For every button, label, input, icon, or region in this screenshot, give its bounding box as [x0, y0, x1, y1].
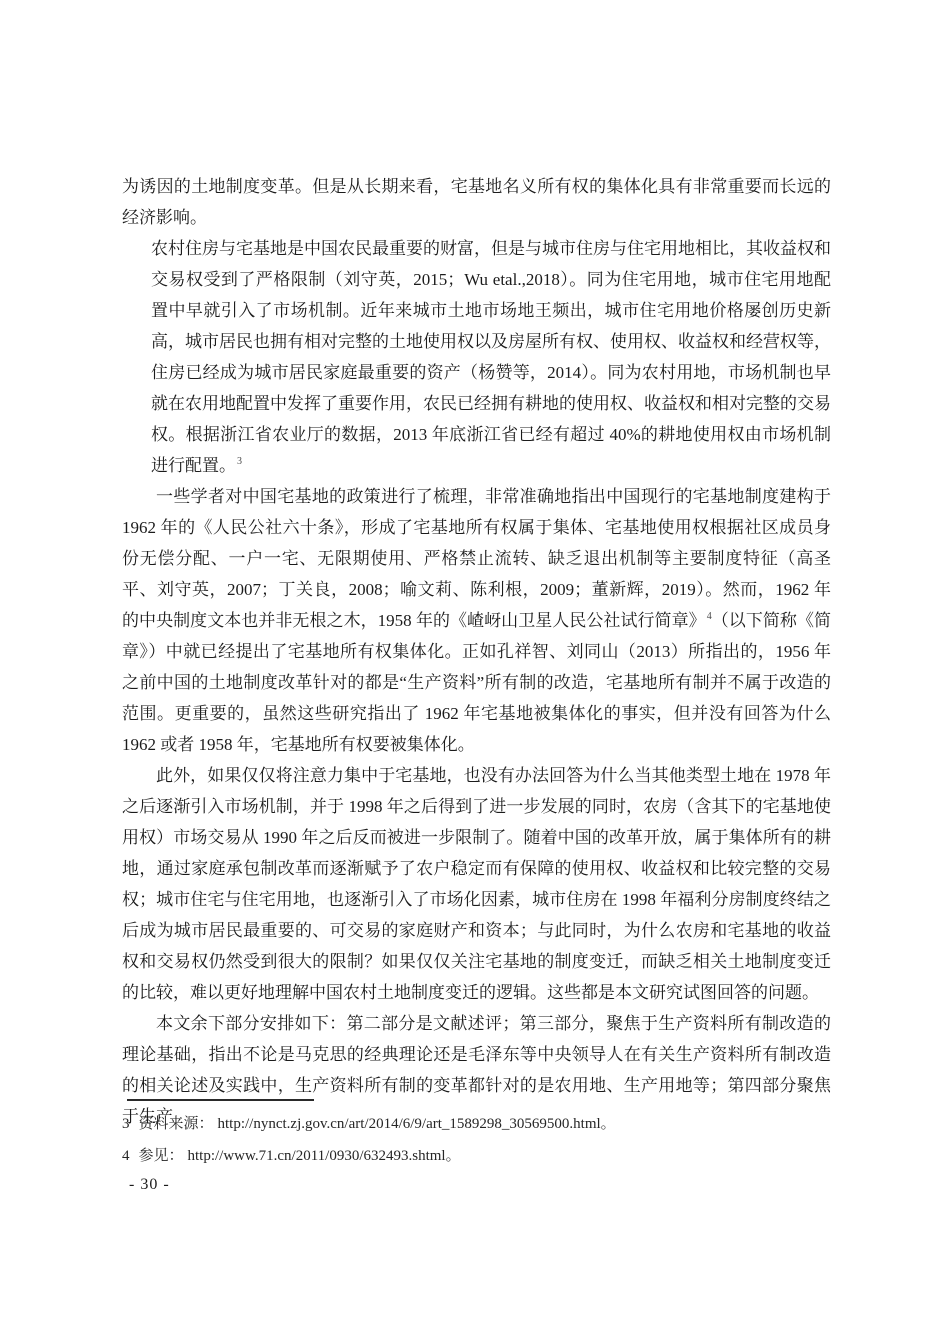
- paragraph-text: （以下简称《简章》）中就已经提出了宅基地所有权集体化。正如孔祥智、刘同山（201…: [122, 611, 831, 754]
- paragraph-scholars-review: 一些学者对中国宅基地的政策进行了梳理，非常准确地指出中国现行的宅基地制度建构于 …: [122, 481, 831, 760]
- document-page: 为诱因的土地制度变革。但是从长期来看，宅基地名义所有权的集体化具有非常重要而长远…: [0, 0, 950, 1344]
- footnote-3: 3资料来源：http://nynct.zj.gov.cn/art/2014/6/…: [122, 1114, 831, 1135]
- paragraph-text: 农村住房与宅基地是中国农民最重要的财富，但是与城市住房与住宅用地相比，其收益权和…: [151, 239, 831, 475]
- footnote-ref-3: 3: [237, 456, 242, 467]
- footnote-4: 4参见：http://www.71.cn/2011/0930/632493.sh…: [122, 1146, 831, 1167]
- footnote-url: http://www.71.cn/2011/0930/632493.shtml。: [188, 1148, 461, 1164]
- paragraph-text: 一些学者对中国宅基地的政策进行了梳理，非常准确地指出中国现行的宅基地制度建构于 …: [122, 487, 831, 630]
- footnote-number: 4: [122, 1146, 130, 1167]
- footnote-url: http://nynct.zj.gov.cn/art/2014/6/9/art_…: [218, 1116, 616, 1132]
- document-body: 为诱因的土地制度变革。但是从长期来看，宅基地名义所有权的集体化具有非常重要而长远…: [122, 171, 831, 1132]
- footnote-label: 参见：: [139, 1148, 184, 1164]
- paragraph-continuation: 为诱因的土地制度变革。但是从长期来看，宅基地名义所有权的集体化具有非常重要而长远…: [122, 171, 831, 233]
- footnote-area: 3资料来源：http://nynct.zj.gov.cn/art/2014/6/…: [122, 1099, 831, 1178]
- footnote-number: 3: [122, 1114, 130, 1135]
- paragraph-in-addition: 此外，如果仅仅将注意力集中于宅基地，也没有办法回答为什么当其他类型土地在 197…: [122, 760, 831, 1008]
- paragraph-block-indented: 农村住房与宅基地是中国农民最重要的财富，但是与城市住房与住宅用地相比，其收益权和…: [151, 233, 831, 481]
- footnote-separator-rule: [127, 1099, 314, 1101]
- footnote-label: 资料来源：: [139, 1116, 214, 1132]
- page-number: - 30 -: [129, 1176, 170, 1194]
